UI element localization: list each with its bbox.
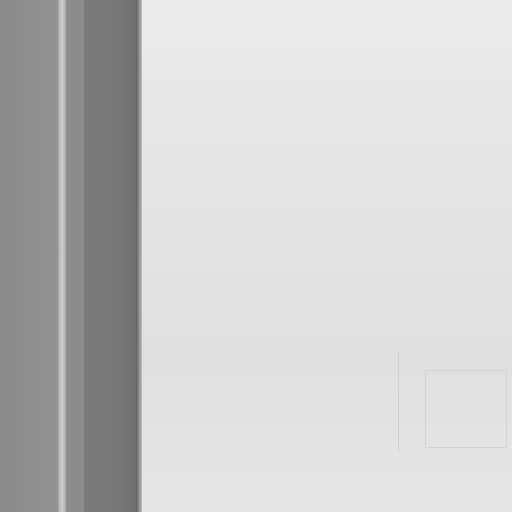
faint-line bbox=[398, 352, 399, 452]
photo-scene bbox=[0, 0, 512, 512]
faint-sign bbox=[425, 370, 507, 448]
dark-pillar bbox=[84, 0, 138, 512]
highlight-strip bbox=[58, 0, 66, 512]
mid-strip bbox=[66, 0, 84, 512]
left-panel bbox=[0, 0, 58, 512]
